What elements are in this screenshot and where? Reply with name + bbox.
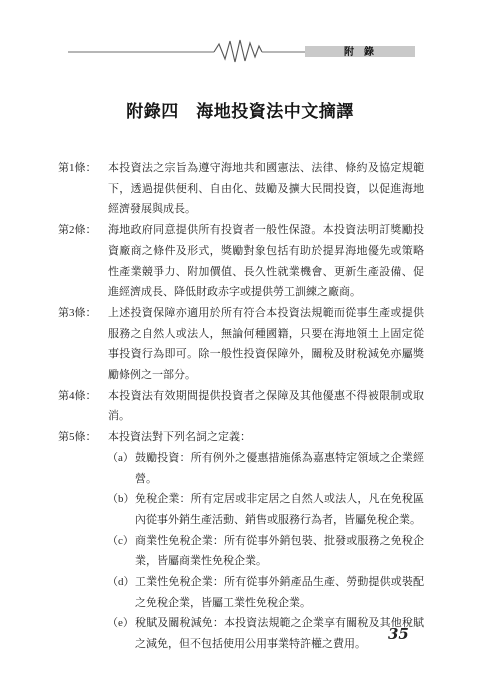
article-text: 本投資法之宗旨為遵守海地共和國憲法、法律、條約及協定規範下，透過提供便利、自由化… — [108, 158, 424, 220]
article-label: 第3條： — [58, 303, 108, 324]
article-row-2: 第2條： 海地政府同意提供所有投資者一般性保證。本投資法明訂獎勵投資廠商之條件及… — [58, 220, 424, 303]
definition-item-a: （a） 鼓勵投資：所有例外之優惠措施係為嘉惠特定領域之企業經營。 — [107, 448, 424, 489]
definition-item-c: （c） 商業性免稅企業：所有從事外銷包裝、批發或服務之免稅企業，皆屬商業性免稅企… — [107, 531, 424, 572]
article-row-5: 第5條： 本投資法對下列名詞之定義： — [58, 427, 424, 448]
article-text: 本投資法對下列名詞之定義： — [108, 427, 424, 448]
definition-label: （e） — [107, 613, 135, 634]
article-label: 第1條： — [58, 158, 108, 179]
definition-item-e: （e） 稅賦及關稅減免：本投資法規範之企業享有關稅及其他稅賦之減免，但不包括使用… — [107, 613, 424, 654]
page-header-rule: 附 錄 — [0, 37, 480, 67]
definition-label: （c） — [107, 531, 135, 552]
article-label: 第4條： — [58, 386, 108, 407]
definition-item-d: （d） 工業性免稅企業：所有從事外銷產品生產、勞動提供或裝配之免稅企業，皆屬工業… — [107, 572, 424, 613]
definition-text: 商業性免稅企業：所有從事外銷包裝、批發或服務之免稅企業，皆屬商業性免稅企業。 — [135, 531, 424, 572]
article-text: 海地政府同意提供所有投資者一般性保證。本投資法明訂獎勵投資廠商之條件及形式，獎勵… — [108, 220, 424, 303]
definition-text: 免稅企業：所有定居或非定居之自然人或法人，凡在免稅區內從事外銷生產活動、銷售或服… — [135, 489, 424, 530]
definition-label: （a） — [107, 448, 135, 469]
article-row-1: 第1條： 本投資法之宗旨為遵守海地共和國憲法、法律、條約及協定規範下，透過提供便… — [58, 158, 424, 220]
article-text: 本投資法有效期間提供投資者之保障及其他優惠不得被限制或取消。 — [108, 386, 424, 427]
article-label: 第5條： — [58, 427, 108, 448]
definition-text: 鼓勵投資：所有例外之優惠措施係為嘉惠特定領域之企業經營。 — [135, 448, 424, 489]
page-number: 35 — [388, 625, 409, 643]
appendix-tab-label: 附 錄 — [344, 45, 374, 58]
article-label: 第2條： — [58, 220, 108, 241]
definition-text: 稅賦及關稅減免：本投資法規範之企業享有關稅及其他稅賦之減免，但不包括使用公用事業… — [135, 613, 424, 654]
document-body: 第1條： 本投資法之宗旨為遵守海地共和國憲法、法律、條約及協定規範下，透過提供便… — [58, 158, 424, 655]
article-row-4: 第4條： 本投資法有效期間提供投資者之保障及其他優惠不得被限制或取消。 — [58, 386, 424, 427]
definition-label: （d） — [107, 572, 135, 593]
pulse-zigzag-icon — [214, 40, 262, 62]
document-page: 附 錄 附錄四 海地投資法中文摘譯 第1條： 本投資法之宗旨為遵守海地共和國憲法… — [0, 0, 480, 679]
article-text: 上述投資保障亦適用於所有符合本投資法規範而從事生產或提供服務之自然人或法人，無論… — [108, 303, 424, 386]
definitions-list: （a） 鼓勵投資：所有例外之優惠措施係為嘉惠特定領域之企業經營。 （b） 免稅企… — [107, 448, 424, 655]
page-title: 附錄四 海地投資法中文摘譯 — [0, 97, 480, 122]
definition-label: （b） — [107, 489, 135, 510]
definition-item-b: （b） 免稅企業：所有定居或非定居之自然人或法人，凡在免稅區內從事外銷生產活動、… — [107, 489, 424, 530]
definition-text: 工業性免稅企業：所有從事外銷產品生產、勞動提供或裝配之免稅企業，皆屬工業性免稅企… — [135, 572, 424, 613]
article-row-3: 第3條： 上述投資保障亦適用於所有符合本投資法規範而從事生產或提供服務之自然人或… — [58, 303, 424, 386]
